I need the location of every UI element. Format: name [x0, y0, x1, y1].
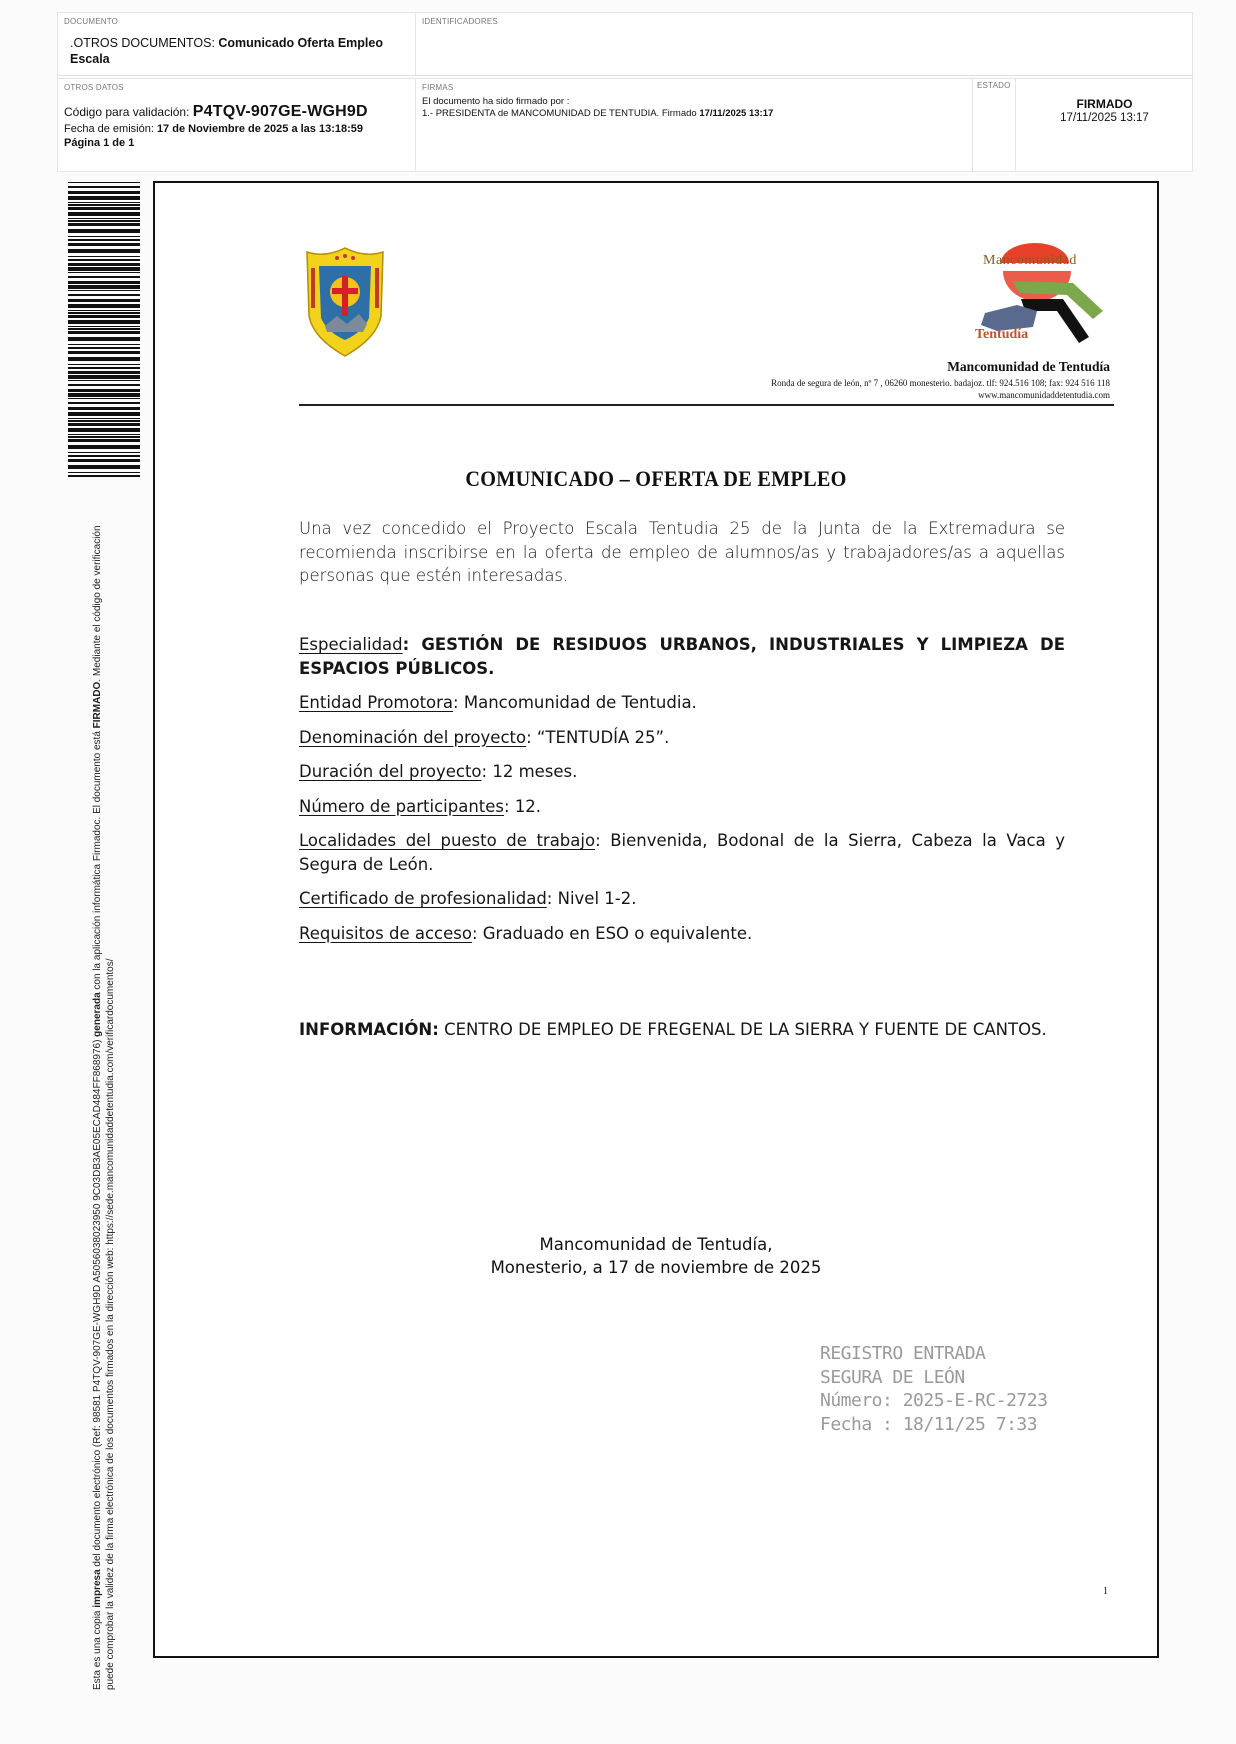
job-detail-key: Localidades del puesto de trabajo [299, 831, 595, 850]
notice-line-2: puede comprobar la validez de la firma e… [105, 525, 118, 1690]
job-detail-item: Número de participantes: 12. [299, 795, 1065, 819]
job-detail-item: Especialidad: GESTIÓN DE RESIDUOS URBANO… [299, 633, 1065, 680]
estado-label: ESTADO [977, 81, 1011, 90]
firmas-cell: FIRMAS El documento ha sido firmado por … [416, 79, 973, 172]
status-date: 17/11/2025 13:17 [1016, 112, 1193, 124]
signer-entry: 1.- PRESIDENTA de MANCOMUNIDAD DE TENTUD… [422, 108, 773, 119]
letter-closing: Mancomunidad de Tentudía, Monesterio, a … [155, 1233, 1157, 1279]
job-detail-item: Localidades del puesto de trabajo: Bienv… [299, 829, 1065, 876]
estado-cell: ESTADO [973, 79, 1016, 172]
job-detail-value: Nivel 1-2. [558, 889, 637, 908]
information-value: CENTRO DE EMPLEO DE FREGENAL DE LA SIERR… [444, 1020, 1047, 1039]
job-detail-value: 12 meses. [492, 762, 577, 781]
validation-code: Código para validación: P4TQV-907GE-WGH9… [64, 103, 368, 121]
notice-line-1: Esta es una copia impresa del documento … [92, 525, 105, 1690]
closing-signatory: Mancomunidad de Tentudía, [155, 1233, 1157, 1256]
documento-label: DOCUMENTO [64, 17, 118, 26]
information-line: INFORMACIÓN: CENTRO DE EMPLEO DE FREGENA… [299, 1018, 1065, 1042]
document-metadata-panel: DOCUMENTO .OTROS DOCUMENTOS: Comunicado … [57, 12, 1193, 172]
document-title: .OTROS DOCUMENTOS: Comunicado Oferta Emp… [70, 35, 410, 67]
logo-text-bottom: Tentudía [975, 327, 1028, 343]
closing-place-date: Monesterio, a 17 de noviembre de 2025 [155, 1256, 1157, 1279]
mancomunidad-logo: Mancomunidad Tentudía [963, 241, 1113, 361]
job-detail-value: Graduado en ESO o equivalente. [483, 924, 752, 943]
job-detail-key: Denominación del proyecto [299, 728, 526, 747]
coat-of-arms-icon [303, 246, 387, 358]
job-detail-key: Certificado de profesionalidad [299, 889, 547, 908]
page-number: 1 [1103, 1586, 1108, 1597]
organization-name: Mancomunidad de Tentudía [947, 359, 1110, 375]
job-detail-item: Certificado de profesionalidad: Nivel 1-… [299, 887, 1065, 911]
identificadores-cell: IDENTIFICADORES [416, 13, 1193, 76]
electronic-copy-notice: Esta es una copia impresa del documento … [92, 525, 117, 1690]
job-detail-item: Entidad Promotora: Mancomunidad de Tentu… [299, 691, 1065, 715]
job-detail-key: Requisitos de acceso [299, 924, 472, 943]
documento-cell: DOCUMENTO .OTROS DOCUMENTOS: Comunicado … [58, 13, 416, 76]
job-detail-key: Especialidad [299, 635, 403, 654]
letter-page: Mancomunidad Tentudía Mancomunidad de Te… [153, 181, 1159, 1658]
job-detail-key: Entidad Promotora [299, 693, 453, 712]
validation-code-value[interactable]: P4TQV-907GE-WGH9D [193, 103, 368, 120]
status-badge: FIRMADO [1016, 97, 1193, 111]
job-detail-key: Número de participantes [299, 797, 504, 816]
organization-address: Ronda de segura de león, nº 7 , 06260 mo… [771, 378, 1110, 388]
letter-intro: Una vez concedido el Proyecto Escala Ten… [299, 517, 1065, 588]
job-detail-value: 12. [515, 797, 541, 816]
estado-value-cell: FIRMADO 17/11/2025 13:17 [1016, 79, 1193, 172]
page-count: Página 1 de 1 [64, 137, 134, 149]
issue-date: Fecha de emisión: 17 de Noviembre de 202… [64, 123, 363, 135]
organization-website[interactable]: www.mancomunidaddetentudia.com [978, 390, 1110, 400]
registry-stamp: REGISTRO ENTRADASEGURA DE LEÓNNúmero: 20… [820, 1342, 1047, 1436]
job-detail-item: Requisitos de acceso: Graduado en ESO o … [299, 922, 1065, 946]
letter-title: COMUNICADO – OFERTA DE EMPLEO [195, 466, 1117, 492]
otros-datos-label: OTROS DATOS [64, 83, 124, 92]
identificadores-label: IDENTIFICADORES [422, 17, 498, 26]
barcode [68, 180, 140, 480]
job-detail-value: “TENTUDÍA 25”. [537, 728, 669, 747]
job-details-list: Especialidad: GESTIÓN DE RESIDUOS URBANO… [299, 633, 1065, 956]
information-label: INFORMACIÓN: [299, 1020, 439, 1039]
job-detail-item: Denominación del proyecto: “TENTUDÍA 25”… [299, 726, 1065, 750]
firmas-label: FIRMAS [422, 83, 453, 92]
logo-text-top: Mancomunidad [983, 253, 1077, 269]
letterhead-rule [299, 404, 1114, 406]
otros-datos-cell: OTROS DATOS Código para validación: P4TQ… [58, 79, 416, 172]
signed-by-intro: El documento ha sido firmado por : [422, 96, 569, 107]
job-detail-key: Duración del proyecto [299, 762, 482, 781]
job-detail-value: Mancomunidad de Tentudia. [464, 693, 697, 712]
job-detail-item: Duración del proyecto: 12 meses. [299, 760, 1065, 784]
